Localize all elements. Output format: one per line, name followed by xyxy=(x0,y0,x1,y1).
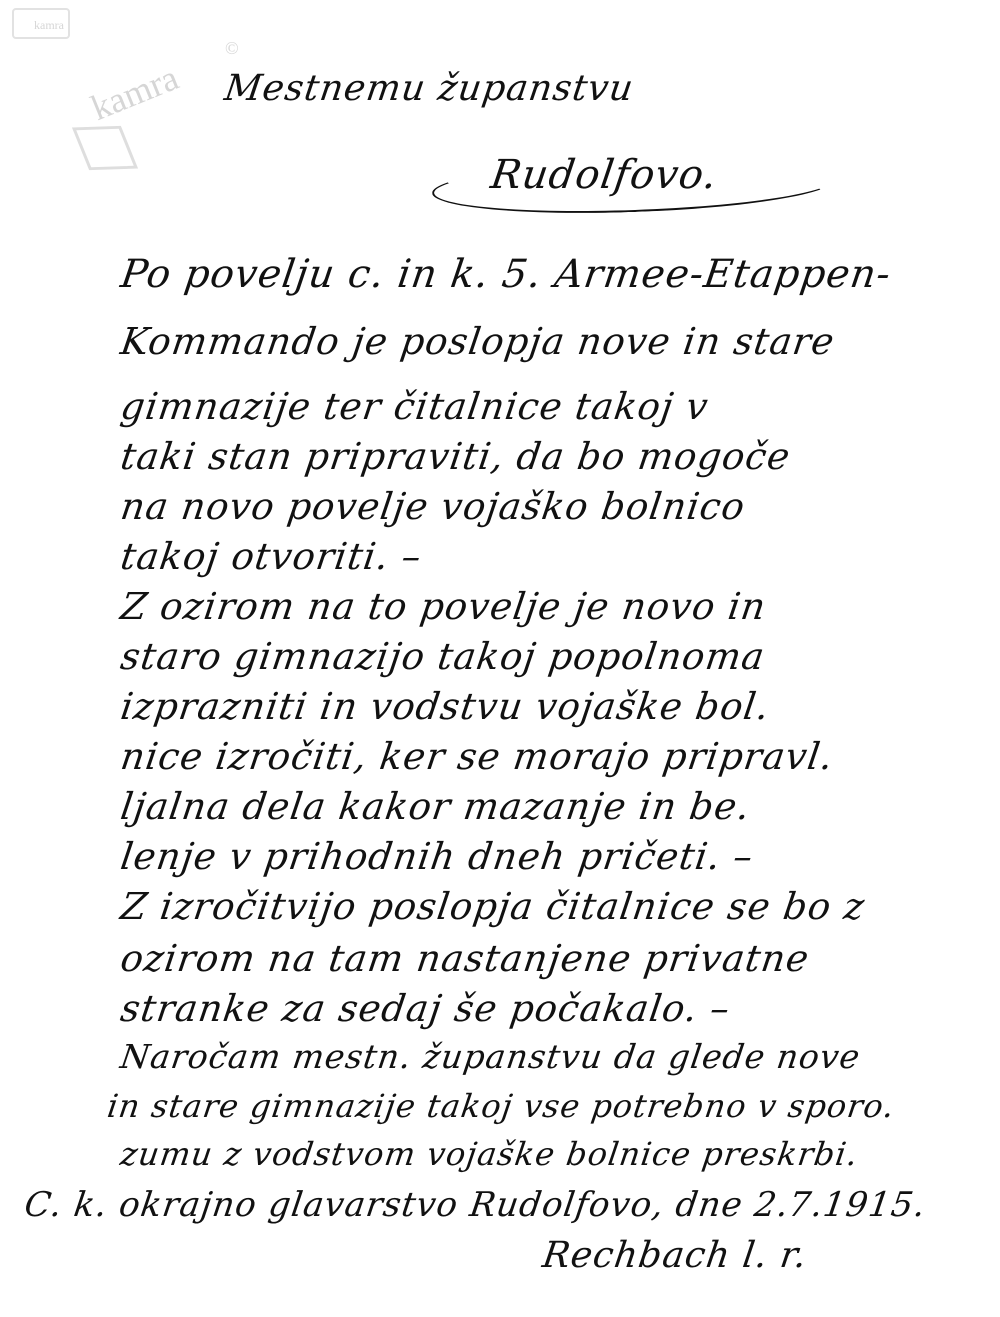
body-line: Z ozirom na to povelje je novo in xyxy=(118,585,769,628)
watermark-logo-text: kamra xyxy=(34,18,64,32)
body-line: izprazniti in vodstvu vojaške bol. xyxy=(118,685,772,728)
body-line: Naročam mestn. županstvu da glede nove xyxy=(118,1037,863,1076)
body-line: gimnazije ter čitalnice takoj v xyxy=(118,385,711,428)
letter-page: kamra © kamra Mestnemu županstvu Rudolfo… xyxy=(0,0,1000,1317)
body-line: in stare gimnazije takoj vse potrebno v … xyxy=(105,1087,897,1125)
body-line: na novo povelje vojaško bolnico xyxy=(118,485,748,528)
signature: Rechbach l. r. xyxy=(540,1235,810,1276)
body-line: ljalna dela kakor mazanje in be. xyxy=(118,785,753,828)
body-line: taki stan pripraviti, da bo mogoče xyxy=(118,435,793,478)
body-line: Kommando je poslopja nove in stare xyxy=(118,320,838,363)
body-line: nice izročiti, ker se morajo pripravl. xyxy=(118,735,836,778)
body-line: ozirom na tam nastanjene privatne xyxy=(118,937,812,980)
addressee-line: Mestnemu županstvu xyxy=(222,68,636,109)
watermark-logo-large: kamra xyxy=(85,56,184,129)
body-line: lenje v prihodnih dneh pričeti. – xyxy=(118,835,756,878)
body-line: zumu z vodstvom vojaške bolnice preskrbi… xyxy=(118,1135,861,1173)
body-line: stranke za sedaj še počakalo. – xyxy=(118,987,733,1030)
body-line: Po povelju c. in k. 5. Armee-Etappen- xyxy=(118,252,894,297)
watermark-logo-small: kamra xyxy=(12,8,70,39)
body-line: Z izročitvijo poslopja čitalnice se bo z xyxy=(118,885,868,928)
closing-line: C. k. okrajno glavarstvo Rudolfovo, dne … xyxy=(22,1185,929,1225)
body-line: takoj otvoriti. – xyxy=(118,535,424,578)
place-name: Rudolfovo. xyxy=(488,152,720,198)
cube-logo-icon xyxy=(72,126,138,170)
body-line: staro gimnazijo takoj popolnoma xyxy=(118,635,768,678)
copyright-icon: © xyxy=(225,38,239,59)
